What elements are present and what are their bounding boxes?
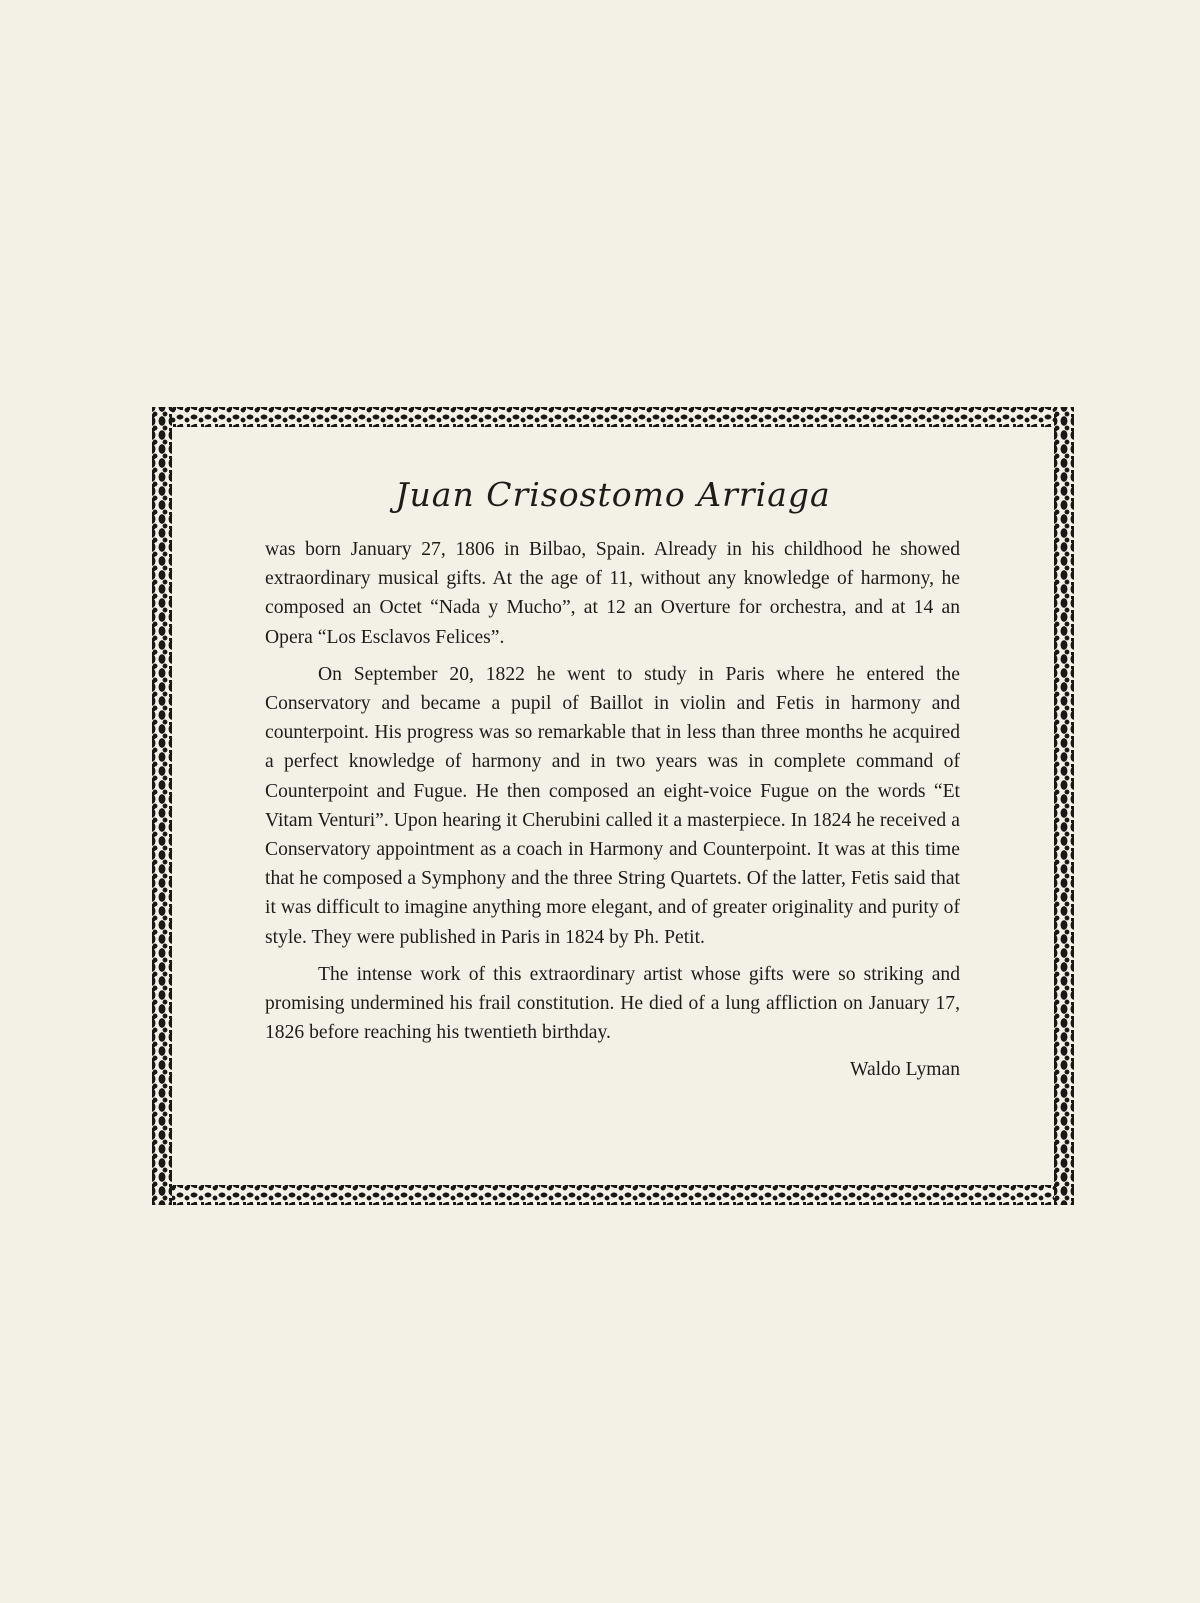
ornamental-border-top [152,407,1074,427]
ornamental-border-left [152,407,172,1205]
biography-text: was born January 27, 1806 in Bilbao, Spa… [265,535,960,1085]
paragraph-3: The intense work of this extraordinary a… [265,960,960,1048]
paragraph-2: On September 20, 1822 he went to study i… [265,660,960,952]
script-title: Juan Crisostomo Arriaga [152,475,1074,514]
author-signature: Waldo Lyman [265,1055,960,1084]
ornamental-border-bottom [152,1185,1074,1205]
decorative-frame: Juan Crisostomo Arriaga was born January… [152,407,1074,1205]
ornamental-border-right [1054,407,1074,1205]
paragraph-1: was born January 27, 1806 in Bilbao, Spa… [265,535,960,652]
